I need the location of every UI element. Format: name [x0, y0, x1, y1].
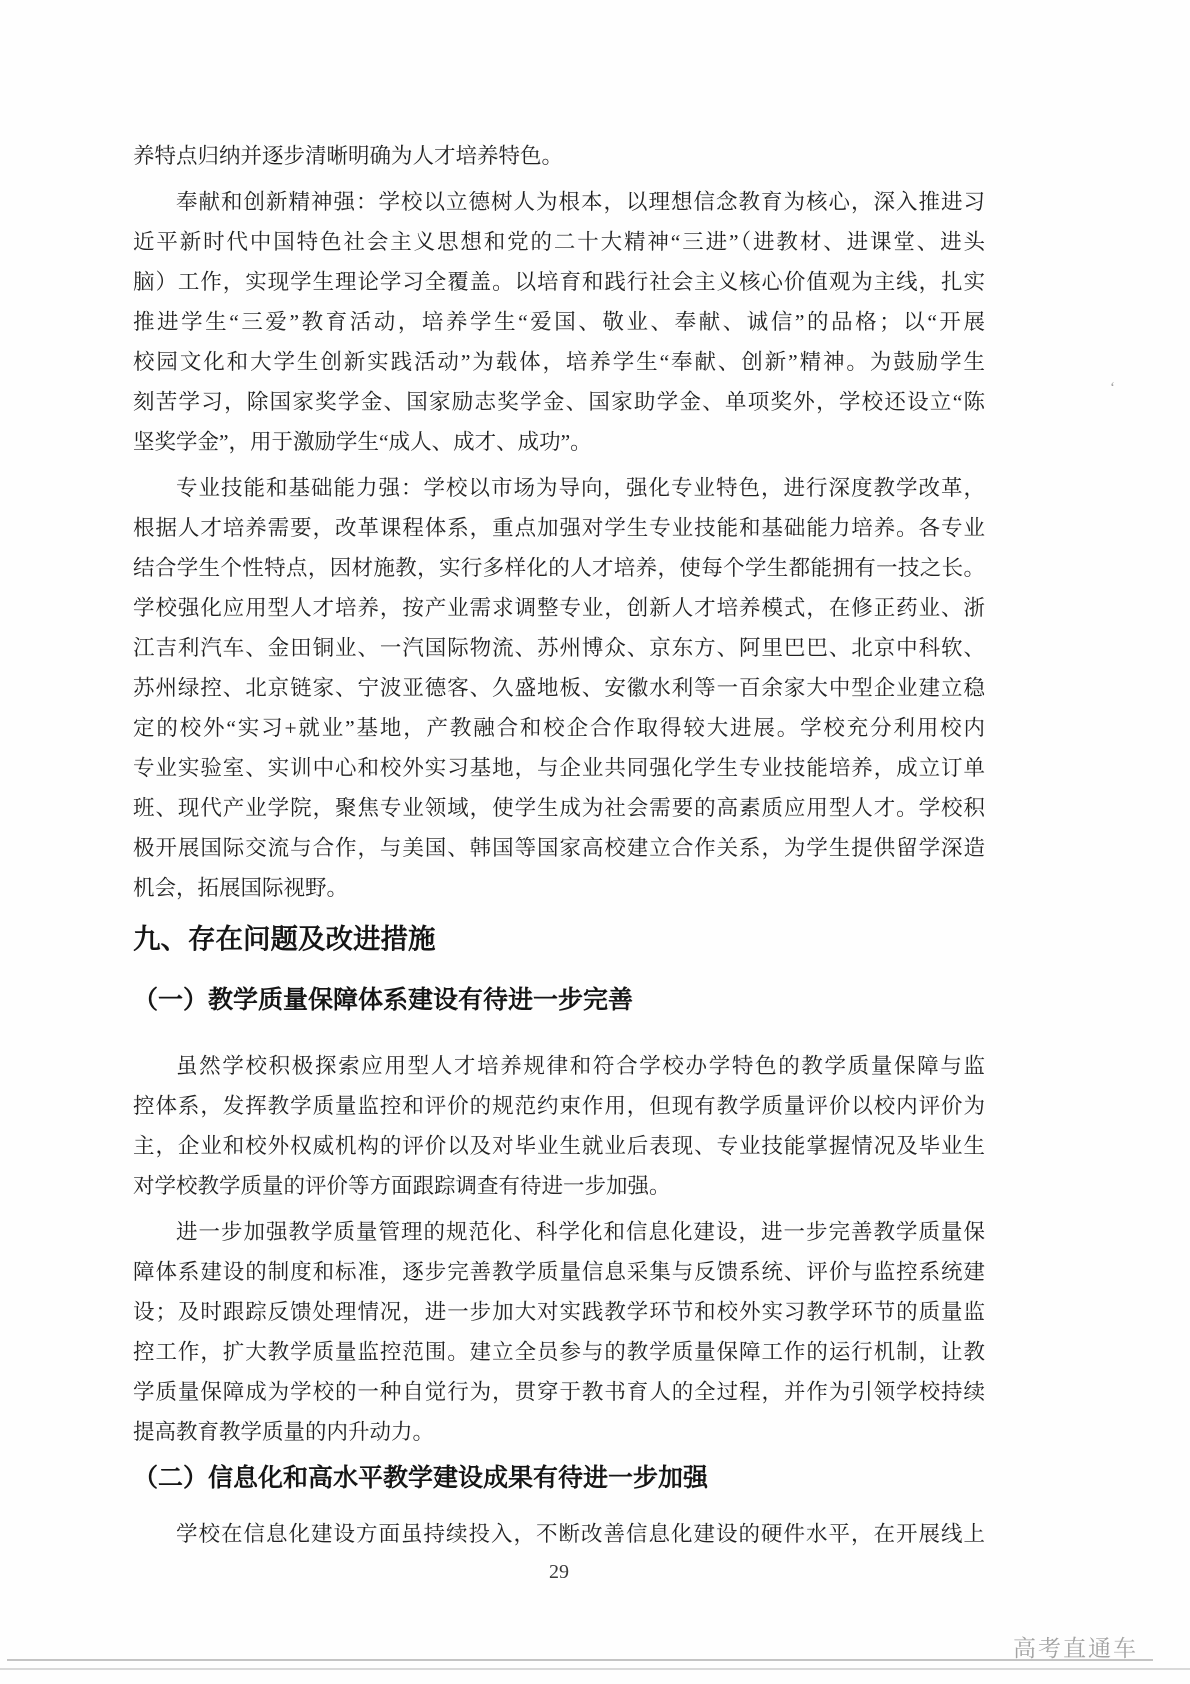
- document-body: 养特点归纳并逐步清晰明确为人才培养特色。奉献和创新精神强：学校以立德树人为根本，…: [133, 0, 985, 1586]
- text-line: 根据人才培养需要，改革课程体系，重点加强对学生专业技能和基础能力培养。各专业: [133, 508, 985, 548]
- section-heading: （二）信息化和高水平教学建设成果有待进一步加强: [133, 1456, 985, 1500]
- chapter-heading: 九、存在问题及改进措施: [133, 916, 985, 962]
- text-line: 学质量保障成为学校的一种自觉行为，贯穿于教书育人的全过程，并作为引领学校持续: [133, 1372, 985, 1412]
- text-line: 养特点归纳并逐步清晰明确为人才培养特色。: [133, 136, 985, 176]
- text-line: 班、现代产业学院，聚焦专业领域，使学生成为社会需要的高素质应用型人才。学校积: [133, 788, 985, 828]
- text-line: 主，企业和校外权威机构的评价以及对毕业生就业后表现、专业技能掌握情况及毕业生: [133, 1126, 985, 1166]
- text-line: 苏州绿控、北京链家、宁波亚德客、久盛地板、安徽水利等一百余家大中型企业建立稳: [133, 668, 985, 708]
- text-line: 对学校教学质量的评价等方面跟踪调查有待进一步加强。: [133, 1166, 985, 1206]
- paragraph: 虽然学校积极探索应用型人才培养规律和符合学校办学特色的教学质量保障与监控体系，发…: [133, 1046, 985, 1206]
- text-line: 机会，拓展国际视野。: [133, 868, 985, 908]
- text-line: 奉献和创新精神强：学校以立德树人为根本，以理想信念教育为核心，深入推进习: [133, 182, 985, 222]
- text-line: 虽然学校积极探索应用型人才培养规律和符合学校办学特色的教学质量保障与监: [133, 1046, 985, 1086]
- text-line: 设；及时跟踪反馈处理情况，进一步加大对实践教学环节和校外实习教学环节的质量监: [133, 1292, 985, 1332]
- text-line: 坚奖学金”，用于激励学生“成人、成才、成功”。: [133, 422, 985, 462]
- paragraph: 进一步加强教学质量管理的规范化、科学化和信息化建设，进一步完善教学质量保障体系建…: [133, 1212, 985, 1452]
- text-line: 专业技能和基础能力强：学校以市场为导向，强化专业特色，进行深度教学改革，: [133, 468, 985, 508]
- text-line: 控体系，发挥教学质量监控和评价的规范约束作用，但现有教学质量评价以校内评价为: [133, 1086, 985, 1126]
- section-heading: （一）教学质量保障体系建设有待进一步完善: [133, 978, 985, 1022]
- paragraph: 学校在信息化建设方面虽持续投入，不断改善信息化建设的硬件水平，在开展线上: [133, 1514, 985, 1554]
- document-page: 养特点归纳并逐步清晰明确为人才培养特色。奉献和创新精神强：学校以立德树人为根本，…: [0, 0, 1190, 1684]
- scan-edge-line-top: [7, 1659, 1153, 1661]
- scan-edge-line-bottom: [0, 1668, 1190, 1670]
- text-line: 脑）工作，实现学生理论学习全覆盖。以培育和践行社会主义核心价值观为主线，扎实: [133, 262, 985, 302]
- text-line: 江吉利汽车、金田铜业、一汽国际物流、苏州博众、京东方、阿里巴巴、北京中科软、: [133, 628, 985, 668]
- text-line: 定的校外“实习+就业”基地，产教融合和校企合作取得较大进展。学校充分利用校内: [133, 708, 985, 748]
- page-number: 29: [133, 1558, 985, 1586]
- text-line: 校园文化和大学生创新实践活动”为载体，培养学生“奉献、创新”精神。为鼓励学生: [133, 342, 985, 382]
- text-line: 结合学生个性特点，因材施教，实行多样化的人才培养，使每个学生都能拥有一技之长。: [133, 548, 985, 588]
- paragraph: 奉献和创新精神强：学校以立德树人为根本，以理想信念教育为核心，深入推进习近平新时…: [133, 182, 985, 462]
- text-line: 学校强化应用型人才培养，按产业需求调整专业，创新人才培养模式，在修正药业、浙: [133, 588, 985, 628]
- text-line: 进一步加强教学质量管理的规范化、科学化和信息化建设，进一步完善教学质量保: [133, 1212, 985, 1252]
- text-line: 控工作，扩大教学质量监控范围。建立全员参与的教学质量保障工作的运行机制，让教: [133, 1332, 985, 1372]
- text-line: 刻苦学习，除国家奖学金、国家励志奖学金、国家助学金、单项奖外，学校还设立“陈: [133, 382, 985, 422]
- text-line: 极开展国际交流与合作，与美国、韩国等国家高校建立合作关系，为学生提供留学深造: [133, 828, 985, 868]
- text-line: 障体系建设的制度和标准，逐步完善教学质量信息采集与反馈系统、评价与监控系统建: [133, 1252, 985, 1292]
- text-line: 推进学生“三爱”教育活动，培养学生“爱国、敬业、奉献、诚信”的品格；以“开展: [133, 302, 985, 342]
- text-line: 学校在信息化建设方面虽持续投入，不断改善信息化建设的硬件水平，在开展线上: [133, 1514, 985, 1554]
- text-line: 提高教育教学质量的内升动力。: [133, 1412, 985, 1452]
- paragraph: 专业技能和基础能力强：学校以市场为导向，强化专业特色，进行深度教学改革，根据人才…: [133, 468, 985, 908]
- text-line: 近平新时代中国特色社会主义思想和党的二十大精神“三进”（进教材、进课堂、进头: [133, 222, 985, 262]
- paragraph: 养特点归纳并逐步清晰明确为人才培养特色。: [133, 136, 985, 176]
- text-line: 专业实验室、实训中心和校外实习基地，与企业共同强化学生专业技能培养，成立订单: [133, 748, 985, 788]
- scan-artifact: ‘: [1110, 380, 1115, 397]
